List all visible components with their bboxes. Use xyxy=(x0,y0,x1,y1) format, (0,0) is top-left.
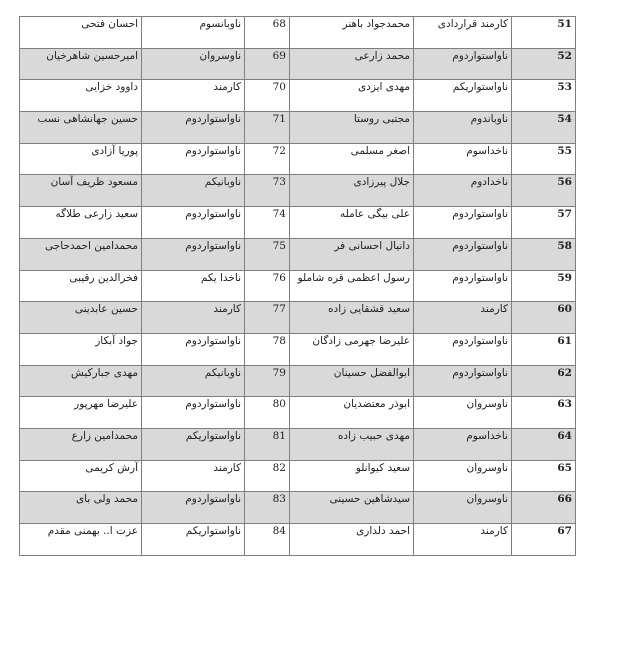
table-row: حسین جهانشاهی نسب ناواستواردوم 71 مجتبی … xyxy=(20,112,576,144)
row-number-cell: 66 xyxy=(512,492,576,524)
row-number-cell: 51 xyxy=(512,17,576,49)
personnel-table-body: احسان فتحی ناوبانسوم 68 محمدجواد باهنر ک… xyxy=(20,17,576,556)
row-number-cell: 64 xyxy=(512,428,576,460)
name-cell-right: سیدشاهین حسینی xyxy=(290,492,414,524)
rank-cell-right: ناوسروان xyxy=(414,492,512,524)
row-number-cell: 53 xyxy=(512,80,576,112)
row-number-cell: 61 xyxy=(512,333,576,365)
table-row: حسین عابدینی کارمند 77 سعید قشقایی زاده … xyxy=(20,302,576,334)
rank-cell-right: ناواستواردوم xyxy=(414,333,512,365)
row-number-cell: 57 xyxy=(512,207,576,239)
name-cell-right: محمدجواد باهنر xyxy=(290,17,414,49)
rank-cell-left: ناوبانیکم xyxy=(142,365,245,397)
number-cell-left: 76 xyxy=(245,270,290,302)
name-cell-left: مسعود ظریف آسان xyxy=(20,175,142,207)
row-number-cell: 56 xyxy=(512,175,576,207)
name-cell-left: عزت ا.. بهمنی مقدم xyxy=(20,524,142,556)
row-number-cell: 58 xyxy=(512,238,576,270)
rank-cell-left: ناوبانیکم xyxy=(142,175,245,207)
name-cell-left: محمد ولی بای xyxy=(20,492,142,524)
rank-cell-right: ناوباندوم xyxy=(414,112,512,144)
row-number-cell: 60 xyxy=(512,302,576,334)
table-row: عزت ا.. بهمنی مقدم ناواستواریکم 84 احمد … xyxy=(20,524,576,556)
rank-cell-left: کارمند xyxy=(142,302,245,334)
rank-cell-right: ناوسروان xyxy=(414,397,512,429)
number-cell-left: 73 xyxy=(245,175,290,207)
rank-cell-left: ناواستواریکم xyxy=(142,524,245,556)
document-page: احسان فتحی ناوبانسوم 68 محمدجواد باهنر ک… xyxy=(19,16,575,556)
table-row: علیرضا مهرپور ناواستواردوم 80 ابوذر معتض… xyxy=(20,397,576,429)
rank-cell-right: ناواستواریکم xyxy=(414,80,512,112)
name-cell-left: مهدی جبارکیش xyxy=(20,365,142,397)
name-cell-left: داوود خزایی xyxy=(20,80,142,112)
name-cell-left: جواد آبکار xyxy=(20,333,142,365)
name-cell-left: احسان فتحی xyxy=(20,17,142,49)
table-row: امیرحسین شاهرخیان ناوسروان 69 محمد زارعی… xyxy=(20,48,576,80)
rank-cell-right: ناخدادوم xyxy=(414,175,512,207)
name-cell-right: مهدی حبیب زاده xyxy=(290,428,414,460)
number-cell-left: 80 xyxy=(245,397,290,429)
name-cell-left: حسین جهانشاهی نسب xyxy=(20,112,142,144)
rank-cell-right: ناواستواردوم xyxy=(414,238,512,270)
rank-cell-left: ناوبانسوم xyxy=(142,17,245,49)
table-row: مسعود ظریف آسان ناوبانیکم 73 جلال پیرزاد… xyxy=(20,175,576,207)
rank-cell-left: ناواستواردوم xyxy=(142,207,245,239)
table-row: محمدامین احمدحاجی ناواستواردوم 75 دانیال… xyxy=(20,238,576,270)
name-cell-left: محمدامین زارع xyxy=(20,428,142,460)
table-row: محمدامین زارع ناواستواریکم 81 مهدی حبیب … xyxy=(20,428,576,460)
name-cell-right: جلال پیرزادی xyxy=(290,175,414,207)
table-row: پوریا آزادی ناواستواردوم 72 اصغر مسلمی ن… xyxy=(20,143,576,175)
name-cell-right: سعید قشقایی زاده xyxy=(290,302,414,334)
name-cell-right: مجتبی روستا xyxy=(290,112,414,144)
name-cell-right: ابوالفضل حسینان xyxy=(290,365,414,397)
name-cell-right: مهدی ایزدی xyxy=(290,80,414,112)
rank-cell-right: ناوسروان xyxy=(414,460,512,492)
name-cell-right: دانیال احسانی فر xyxy=(290,238,414,270)
number-cell-left: 75 xyxy=(245,238,290,270)
table-row: احسان فتحی ناوبانسوم 68 محمدجواد باهنر ک… xyxy=(20,17,576,49)
row-number-cell: 54 xyxy=(512,112,576,144)
rank-cell-left: ناواستواردوم xyxy=(142,143,245,175)
name-cell-right: اصغر مسلمی xyxy=(290,143,414,175)
name-cell-left: فخرالدین رقیبی xyxy=(20,270,142,302)
number-cell-left: 82 xyxy=(245,460,290,492)
table-row: جواد آبکار ناواستواردوم 78 علیرضا جهرمی … xyxy=(20,333,576,365)
row-number-cell: 65 xyxy=(512,460,576,492)
rank-cell-right: کارمند قراردادی xyxy=(414,17,512,49)
rank-cell-left: کارمند xyxy=(142,80,245,112)
row-number-cell: 52 xyxy=(512,48,576,80)
number-cell-left: 83 xyxy=(245,492,290,524)
rank-cell-right: کارمند xyxy=(414,524,512,556)
number-cell-left: 81 xyxy=(245,428,290,460)
name-cell-left: سعید زارعی طلاگه xyxy=(20,207,142,239)
rank-cell-left: کارمند xyxy=(142,460,245,492)
table-row: سعید زارعی طلاگه ناواستواردوم 74 علی بیگ… xyxy=(20,207,576,239)
rank-cell-left: ناواستواردوم xyxy=(142,238,245,270)
name-cell-left: آرش کریمی xyxy=(20,460,142,492)
row-number-cell: 67 xyxy=(512,524,576,556)
row-number-cell: 59 xyxy=(512,270,576,302)
rank-cell-right: کارمند xyxy=(414,302,512,334)
table-row: محمد ولی بای ناواستواردوم 83 سیدشاهین حس… xyxy=(20,492,576,524)
number-cell-left: 79 xyxy=(245,365,290,397)
row-number-cell: 63 xyxy=(512,397,576,429)
name-cell-left: پوریا آزادی xyxy=(20,143,142,175)
rank-cell-right: ناواستواردوم xyxy=(414,207,512,239)
name-cell-right: سعید کیوانلو xyxy=(290,460,414,492)
row-number-cell: 62 xyxy=(512,365,576,397)
table-row: فخرالدین رقیبی ناخدا یکم 76 رسول اعظمی ق… xyxy=(20,270,576,302)
name-cell-right: علیرضا جهرمی زادگان xyxy=(290,333,414,365)
rank-cell-right: ناخداسوم xyxy=(414,143,512,175)
name-cell-left: حسین عابدینی xyxy=(20,302,142,334)
rank-cell-left: ناواستواردوم xyxy=(142,112,245,144)
number-cell-left: 70 xyxy=(245,80,290,112)
name-cell-right: احمد دلداری xyxy=(290,524,414,556)
number-cell-left: 68 xyxy=(245,17,290,49)
table-row: داوود خزایی کارمند 70 مهدی ایزدی ناواستو… xyxy=(20,80,576,112)
rank-cell-right: ناواستواردوم xyxy=(414,270,512,302)
name-cell-left: امیرحسین شاهرخیان xyxy=(20,48,142,80)
number-cell-left: 71 xyxy=(245,112,290,144)
name-cell-right: علی بیگی عامله xyxy=(290,207,414,239)
number-cell-left: 72 xyxy=(245,143,290,175)
name-cell-right: ابوذر معتضدیان xyxy=(290,397,414,429)
number-cell-left: 78 xyxy=(245,333,290,365)
name-cell-right: محمد زارعی xyxy=(290,48,414,80)
rank-cell-right: ناواستواردوم xyxy=(414,365,512,397)
rank-cell-left: ناواستواردوم xyxy=(142,492,245,524)
rank-cell-left: ناوسروان xyxy=(142,48,245,80)
personnel-table: احسان فتحی ناوبانسوم 68 محمدجواد باهنر ک… xyxy=(19,16,576,556)
name-cell-right: رسول اعظمی قره شاملو xyxy=(290,270,414,302)
number-cell-left: 84 xyxy=(245,524,290,556)
number-cell-left: 69 xyxy=(245,48,290,80)
rank-cell-right: ناواستواردوم xyxy=(414,48,512,80)
rank-cell-left: ناواستواردوم xyxy=(142,397,245,429)
table-row: آرش کریمی کارمند 82 سعید کیوانلو ناوسروا… xyxy=(20,460,576,492)
rank-cell-left: ناواستواردوم xyxy=(142,333,245,365)
row-number-cell: 55 xyxy=(512,143,576,175)
name-cell-left: محمدامین احمدحاجی xyxy=(20,238,142,270)
number-cell-left: 77 xyxy=(245,302,290,334)
rank-cell-left: ناخدا یکم xyxy=(142,270,245,302)
rank-cell-left: ناواستواریکم xyxy=(142,428,245,460)
number-cell-left: 74 xyxy=(245,207,290,239)
name-cell-left: علیرضا مهرپور xyxy=(20,397,142,429)
rank-cell-right: ناخداسوم xyxy=(414,428,512,460)
table-row: مهدی جبارکیش ناوبانیکم 79 ابوالفضل حسینا… xyxy=(20,365,576,397)
